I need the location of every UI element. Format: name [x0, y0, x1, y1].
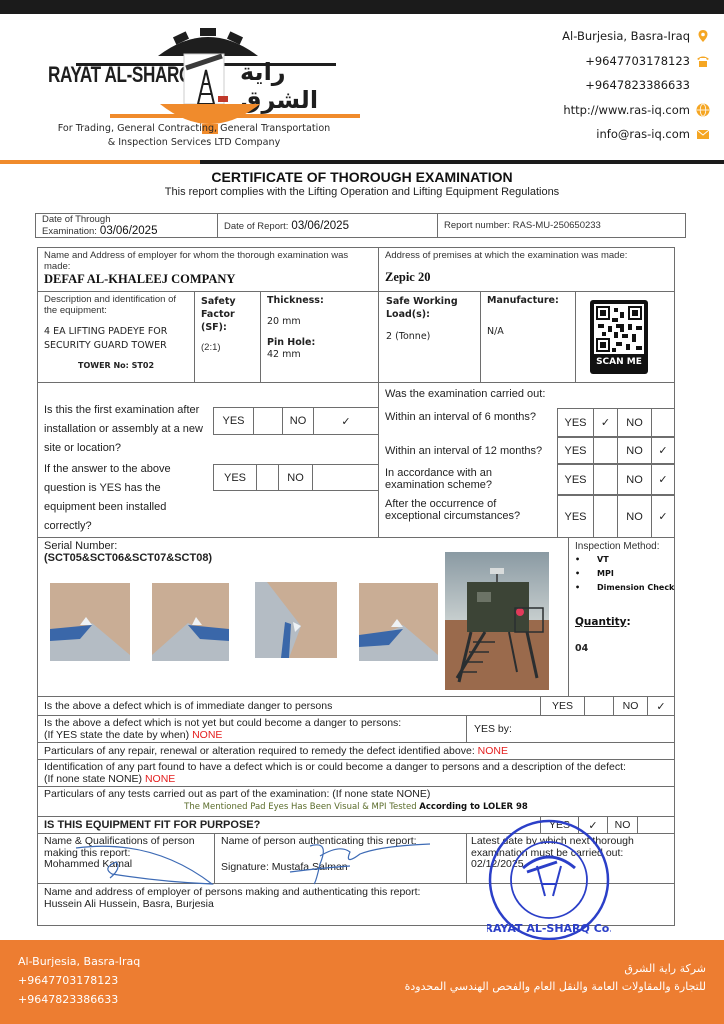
no-box[interactable]: ✓ [652, 496, 675, 538]
quantity-value: 04 [575, 643, 588, 654]
inspection-label: Inspection Method: [575, 541, 660, 553]
employer-value: DEFAF AL-KHALEEJ COMPANY [44, 272, 372, 287]
inspection-method-text: Dimension Check [597, 581, 674, 595]
inspection-method-item: •Dimension Check [575, 581, 674, 595]
employer-persons-label: Name and address of employer of persons … [44, 887, 668, 899]
footer-company-desc-ar: للتجارة والمقاولات العامة والنقل العام و… [405, 978, 706, 996]
installed-answer: YES NO [213, 464, 379, 491]
contact-phone-1[interactable]: +9647703178123 [562, 49, 710, 74]
report-number-label: Report number: [444, 220, 510, 231]
thickness-value: 20 mm [267, 316, 372, 327]
globe-icon [696, 103, 710, 117]
bullet-icon: • [575, 581, 597, 595]
future-danger-value: NONE [192, 729, 222, 741]
carried-out-answer: YESNO✓ [557, 464, 675, 495]
dimensions-cell: Thickness: 20 mm Pin Hole: 42 mm [260, 291, 379, 383]
inspection-method-item: •MPI [575, 567, 674, 581]
bullet-icon: • [575, 553, 597, 567]
email-link[interactable]: info@ras-iq.com [596, 127, 690, 141]
padeye-photo-4[interactable] [359, 583, 438, 661]
location-pin-icon [696, 29, 710, 43]
employer-label: Name and Address of employer for whom th… [44, 250, 372, 272]
swl-cell: Safe Working Load(s): 2 (Tonne) [378, 291, 481, 383]
footer-contacts-en: Al-Burjesia, Basra-Iraq +9647703178123 +… [18, 952, 140, 1009]
maker-cell: Name & Qualifications of person making t… [37, 833, 215, 884]
padeye-photo-3[interactable] [255, 582, 337, 658]
no-box[interactable]: ✓ [652, 438, 675, 464]
fit-yes-box[interactable]: ✓ [579, 817, 608, 834]
inspection-methods: •VT•MPI•Dimension Check [575, 553, 674, 595]
padeye-photo-1[interactable] [50, 583, 130, 661]
serial-label: Serial Number: [44, 541, 117, 553]
manufacture-cell: Manufacture: N/A [480, 291, 576, 383]
oil-pump-icon [178, 50, 230, 108]
inspection-method-text: VT [597, 553, 609, 567]
yes-box[interactable] [594, 465, 618, 495]
phone-1-text[interactable]: +9647703178123 [585, 54, 690, 68]
identification-note-text: (If none state NONE) [44, 773, 142, 785]
installed-yes-box[interactable] [257, 465, 279, 491]
future-danger-question: Is the above a defect which is not yet b… [44, 718, 401, 730]
telephone-icon [696, 54, 710, 68]
immediate-danger-question: Is the above a defect which is of immedi… [44, 701, 332, 713]
employer-cell: Name and Address of employer for whom th… [37, 247, 379, 292]
carried-out-question: Within an interval of 12 months? [385, 445, 545, 457]
first-exam-yes-label: YES [214, 408, 254, 435]
manufacture-value: N/A [487, 326, 569, 337]
yes-box[interactable]: ✓ [594, 409, 618, 437]
installed-yes-label: YES [214, 465, 257, 491]
footer-phone-1[interactable]: +9647703178123 [18, 971, 140, 990]
employer-persons-cell: Name and address of employer of persons … [37, 883, 675, 926]
installed-no-box[interactable] [313, 465, 379, 491]
premises-cell: Address of premises at which the examina… [378, 247, 675, 292]
serial-value: (SCT05&SCT06&SCT07&SCT08) [44, 553, 212, 565]
swl-value: 2 (Tonne) [386, 331, 473, 342]
immediate-yes-label: YES [541, 697, 585, 716]
immediate-yes-box[interactable] [585, 697, 614, 716]
authenticator-cell: Name of person authenticating this repor… [214, 833, 467, 884]
footer-phone-2[interactable]: +9647823386633 [18, 990, 140, 1009]
first-exam-yes-box[interactable] [254, 408, 283, 435]
yes-label: YES [558, 409, 594, 437]
safety-factor-value: (2:1) [201, 342, 254, 353]
carried-out-heading: Was the examination carried out: [385, 385, 545, 404]
authenticator-value: Signature: Mustafa Salman [221, 862, 460, 874]
first-exam-no-box[interactable]: ✓ [314, 408, 379, 435]
bullet-icon: • [575, 567, 597, 581]
fit-question: IS THIS EQUIPMENT FIT FOR PURPOSE? [44, 820, 260, 832]
report-date-value: 03/06/2025 [291, 220, 349, 232]
fit-no-box[interactable] [638, 817, 675, 834]
next-exam-value: 02/12/2025 [471, 859, 670, 871]
page-footer: Al-Burjesia, Basra-Iraq +9647703178123 +… [0, 940, 724, 1024]
footer-company-ar: شركة راية الشرق للتجارة والمقاولات العام… [405, 960, 706, 996]
quantity-label: Quantity [575, 616, 626, 628]
authenticator-label: Name of person authenticating this repor… [221, 836, 460, 848]
tests-value-part2: According to LOLER 98 [419, 802, 528, 812]
yes-label: YES [558, 496, 594, 538]
maker-label: Name & Qualifications of person making t… [44, 836, 204, 859]
qr-caption: SCAN ME [590, 357, 648, 367]
installed-question: If the answer to the above question is Y… [44, 460, 212, 536]
yes-label: YES [558, 465, 594, 495]
safety-factor-label: Safety Factor (SF): [201, 295, 254, 334]
exam-date-value: 03/06/2025 [100, 225, 158, 237]
no-label: NO [618, 496, 652, 538]
report-number-cell: Report number: RAS-MU-250650233 [438, 214, 686, 238]
certificate-subtitle: This report complies with the Lifting Op… [0, 186, 724, 198]
contact-website[interactable]: http://www.ras-iq.com [562, 98, 710, 123]
guard-tower-photo[interactable] [445, 552, 549, 690]
qr-code[interactable]: SCAN ME [590, 300, 648, 374]
header-divider-dark [200, 160, 724, 164]
repair-label: Particulars of any repair, renewal or al… [44, 745, 475, 757]
report-date-cell: Date of Report:03/06/2025 [218, 214, 438, 238]
carried-out-answer: YESNO✓ [557, 495, 675, 538]
identification-value: NONE [145, 773, 175, 785]
no-label: NO [618, 438, 652, 464]
swl-label: Safe Working Load(s): [386, 295, 473, 321]
future-danger-note: (If YES state the date by when) NONE [44, 730, 222, 742]
top-bar [0, 0, 724, 14]
first-exam-answer: YES NO ✓ [213, 407, 379, 435]
yes-by-label: YES by: [474, 724, 512, 736]
identification-note: (If none state NONE) NONE [44, 774, 175, 786]
premises-label: Address of premises at which the examina… [385, 250, 668, 261]
address-text: Al-Burjesia, Basra-Iraq [562, 29, 690, 43]
carried-out-question: Within an interval of 6 months? [385, 411, 545, 423]
footer-address: Al-Burjesia, Basra-Iraq [18, 952, 140, 971]
exam-date-cell: Date of Through Examination:03/06/2025 [36, 214, 218, 238]
next-exam-label: Latest date by which next thorough exami… [471, 836, 666, 859]
tests-question: Particulars of any tests carried out as … [44, 789, 430, 801]
contact-info: Al-Burjesia, Basra-Iraq +9647703178123 +… [562, 24, 710, 147]
company-logo: RAYAT AL-SHARQ راية الشرق For Trading, G… [30, 22, 360, 152]
thickness-label: Thickness: [267, 295, 372, 306]
installed-no-label: NO [279, 465, 313, 491]
no-label: NO [618, 465, 652, 495]
employer-persons-value: Hussein Ali Hussein, Basra, Burjesia [44, 899, 668, 911]
tagline-line-2: & Inspection Services LTD Company [44, 136, 344, 150]
company-tagline: For Trading, General Contracting, Genera… [44, 122, 344, 150]
tests-value: The Mentioned Pad Eyes Has Been Visual &… [37, 802, 675, 812]
carried-out-answer: YES✓NO [557, 408, 675, 437]
contact-address: Al-Burjesia, Basra-Iraq [562, 24, 710, 49]
first-exam-no-label: NO [283, 408, 314, 435]
footer-company-name-ar: شركة راية الشرق [405, 960, 706, 978]
brand-name-en: RAYAT AL-SHARQ [48, 62, 192, 88]
pinhole-label: Pin Hole: [267, 337, 372, 348]
yes-box[interactable] [594, 438, 618, 464]
website-link[interactable]: http://www.ras-iq.com [563, 103, 690, 117]
no-box[interactable] [652, 409, 675, 437]
dates-table: Date of Through Examination:03/06/2025 D… [35, 213, 686, 238]
manufacture-label: Manufacture: [487, 295, 569, 306]
tower-number: TOWER No: ST02 [44, 361, 188, 370]
tagline-line-1: For Trading, General Contracting, Genera… [44, 122, 344, 136]
immediate-danger-answer: YES NO ✓ [540, 696, 675, 716]
qr-cell: SCAN ME [575, 291, 675, 383]
maker-value: Mohammed Kamal [44, 859, 208, 871]
certificate-title: CERTIFICATE OF THOROUGH EXAMINATION [0, 169, 724, 185]
future-note: (If YES state the date by when) [44, 729, 189, 741]
phone-2-text[interactable]: +9647823386633 [585, 78, 690, 92]
fit-yes-label: YES [541, 817, 579, 834]
padeye-photo-2[interactable] [152, 583, 229, 661]
pinhole-value: 42 mm [267, 349, 372, 360]
safety-factor-cell: Safety Factor (SF): (2:1) [194, 291, 261, 383]
equipment-desc-line-1: 4 EA LIFTING PADEYE FOR [44, 325, 188, 339]
contact-phone-2[interactable]: +9647823386633 [562, 73, 710, 98]
no-label: NO [618, 409, 652, 437]
contact-email[interactable]: info@ras-iq.com [562, 122, 710, 147]
header-divider-orange [0, 160, 200, 164]
inspection-method-item: •VT [575, 553, 674, 567]
carried-out-question: In accordance with an examination scheme… [385, 467, 545, 491]
next-exam-cell: Latest date by which next thorough exami… [466, 833, 675, 884]
report-date-label: Date of Report: [224, 221, 288, 232]
equipment-desc-label: Description and identification of the eq… [44, 294, 188, 316]
no-box[interactable]: ✓ [652, 465, 675, 495]
equipment-desc-cell: Description and identification of the eq… [37, 291, 195, 383]
identification-question: Identification of any part found to have… [44, 762, 626, 774]
qr-code-icon [594, 304, 644, 354]
fit-no-label: NO [608, 817, 638, 834]
carried-out-question: After the occurrence of exceptional circ… [385, 498, 545, 522]
premises-value: Zepic 20 [385, 270, 668, 285]
equipment-desc-line-2: SECURITY GUARD TOWER [44, 339, 188, 353]
fit-answer: YES ✓ NO [540, 816, 675, 834]
repair-value: NONE [478, 745, 508, 757]
envelope-icon [696, 127, 710, 141]
immediate-no-label: NO [614, 697, 648, 716]
tests-value-part1: The Mentioned Pad Eyes Has Been Visual &… [184, 802, 416, 812]
yes-box[interactable] [594, 496, 618, 538]
quantity-heading: Quantity: [575, 616, 631, 628]
first-exam-question: Is this the first examination after inst… [44, 401, 212, 458]
report-number-value: RAS-MU-250650233 [513, 220, 601, 231]
carried-out-answer: YESNO✓ [557, 437, 675, 464]
repair-question: Particulars of any repair, renewal or al… [44, 746, 508, 758]
yes-label: YES [558, 438, 594, 464]
inspection-method-text: MPI [597, 567, 614, 581]
immediate-no-box[interactable]: ✓ [648, 697, 675, 716]
